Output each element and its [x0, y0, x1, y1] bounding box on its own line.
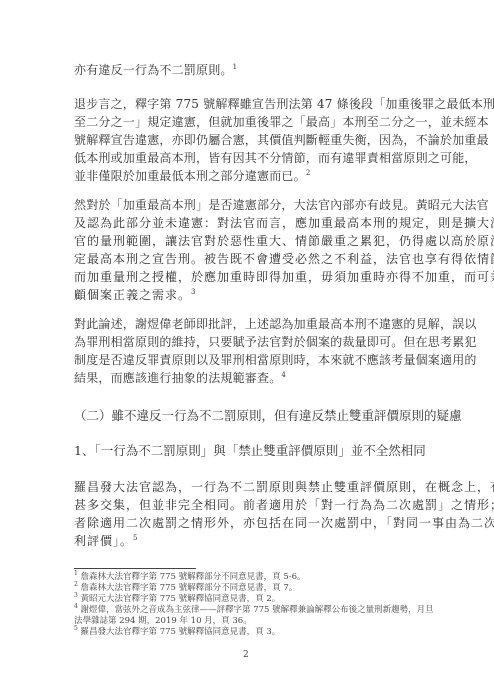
paragraph-4-line: 制度是否違反罪責原則以及罪刑相當原則時，本來就不應該考量個案適用的: [74, 353, 422, 367]
paragraph-3-line: 然對於「加重最高本刑」是否違憲部分，大法官內部亦有歧見。黃昭元大法官: [74, 198, 422, 212]
paragraph-3-quote-line: 而加重量刑之授權，於應加重時即得加重，毋須加重時亦得不加重，而可兼: [74, 270, 422, 284]
paragraph-5-line: 者除適用二次處罰之情形外，亦包括在同一次處罰中，「對同一事由為二次不: [74, 516, 422, 530]
text: 並非僅限於加重最低本刑之部分違憲而已。: [74, 169, 306, 183]
paragraph-5-line: 利評價」。5: [74, 534, 422, 548]
text: 亦有違反一行為不二罰原則。: [74, 63, 233, 77]
document-page: 亦有違反一行為不二罰原則。1 退步言之，釋字第 775 號解釋雖宣告刑法第 47…: [0, 0, 494, 700]
paragraph-3-quote-line: 定最高本刑之宣告刑。被告既不會遭受必然之不利益，法官也享有得依情節: [74, 252, 422, 266]
paragraph-2-line: 低本刑或加重最高本刑，皆有因其不分情節，而有違罪責相當原則之可能，: [74, 151, 422, 165]
section-heading: （二）雖不違反一行為不二罰原則，但有違反禁止雙重評價原則的疑慮: [74, 409, 462, 423]
paragraph-2-line: 並非僅限於加重最低本刑之部分違憲而已。2: [74, 169, 422, 183]
footnote-separator: [74, 568, 196, 569]
footnote-number: 1: [74, 570, 78, 577]
footnote-number: 4: [74, 603, 78, 610]
footnote-2: 2 詹森林大法官釋字第 775 號解釋部分不同意見書，頁 7。: [74, 583, 424, 593]
footnote-5: 5 羅昌發大法官釋字第 775 號解釋協同意見書，頁 3。: [74, 627, 424, 637]
footnote-4: 4 謝煜偉，當弦外之音成為主弦律——評釋字第 775 號解釋兼論解釋公布後之量刑…: [74, 605, 424, 615]
footnote-ref-4[interactable]: 4: [281, 371, 286, 379]
paragraph-2-line: 退步言之，釋字第 775 號解釋雖宣告刑法第 47 條後段「加重後罪之最低本刑: [74, 97, 422, 111]
paragraph-2-line: 號解釋宣告違憲，亦即仍屬合憲，其價值判斷輕重失衡，因為，不論於加重最: [74, 133, 422, 147]
paragraph-4-line: 結果，而應該進行抽象的法規範審查。4: [74, 371, 422, 385]
footnote-ref-5[interactable]: 5: [133, 534, 138, 542]
subsection-heading: 1、「一行為不二罰原則」與「禁止雙重評價原則」並不全然相同: [74, 444, 426, 458]
text: 利評價」。: [74, 534, 133, 548]
footnote-4-continuation: 法學雜誌第 294 期，2019 年 10 月，頁 36。: [74, 616, 424, 626]
footnote-number: 2: [74, 581, 78, 588]
text: 顧個案正義之需求。: [74, 288, 191, 302]
footnote-number: 3: [74, 592, 78, 599]
footnote-text: 詹森林大法官釋字第 775 號解釋部分不同意見書，頁 7。: [81, 583, 298, 593]
footnote-1: 1 詹森林大法官釋字第 775 號解釋部分不同意見書，頁 5-6。: [74, 572, 424, 582]
paragraph-3-quote-line: 及認為此部分並未違憲：對法官而言，應加重最高本刑的規定，則是擴大法: [74, 216, 422, 230]
footnote-text: 謝煜偉，當弦外之音成為主弦律——評釋字第 775 號解釋兼論解釋公布後之量刑新趨…: [81, 605, 434, 615]
paragraph-2-line: 至二分之一」規定違憲，但就加重後罪之「最高」本刑至二分之一，並未經本: [74, 115, 422, 129]
paragraph-4-line: 對此論述，謝煜偉老師即批評，上述認為加重最高本刑不違憲的見解，誤以: [74, 317, 422, 331]
footnote-3: 3 黃昭元大法官釋字第 775 號解釋協同意見書，頁 2。: [74, 594, 424, 604]
footnote-text: 詹森林大法官釋字第 775 號解釋部分不同意見書，頁 5-6。: [81, 572, 306, 582]
footnote-ref-3[interactable]: 3: [191, 288, 196, 296]
text: 結果，而應該進行抽象的法規範審查。: [74, 371, 281, 385]
paragraph-3-quote-line: 官的量刑範圍，讓法官對於惡性重大、情節嚴重之累犯，仍得處以高於原法: [74, 234, 422, 248]
footnote-ref-1[interactable]: 1: [233, 63, 238, 71]
footnote-text: 黃昭元大法官釋字第 775 號解釋協同意見書，頁 2。: [81, 594, 281, 604]
footnote-ref-2[interactable]: 2: [306, 169, 311, 177]
footnote-number: 5: [74, 625, 78, 632]
paragraph-3-quote-line: 顧個案正義之需求。3: [74, 288, 422, 302]
paragraph-5-line: 甚多交集，但並非完全相同。前者適用於「對一行為為二次處罰」之情形；後: [74, 498, 422, 512]
page-number: 2: [243, 650, 249, 660]
paragraph-5-line: 羅昌發大法官認為，一行為不二罰原則與禁止雙重評價原則，在概念上，有: [74, 480, 422, 494]
footnote-text: 羅昌發大法官釋字第 775 號解釋協同意見書，頁 3。: [81, 627, 281, 637]
paragraph-1-line: 亦有違反一行為不二罰原則。1: [74, 63, 422, 77]
paragraph-4-line: 為罪刑相當原則的維持，只要賦予法官對於個案的裁量即可。但在思考累犯: [74, 335, 422, 349]
